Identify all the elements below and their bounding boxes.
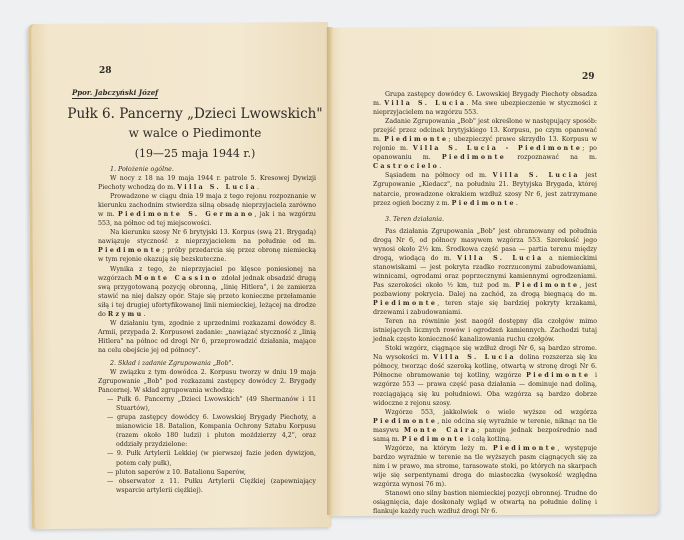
paragraph: Wynika z tego, że nieprzyjaciel po klęsc… <box>98 265 316 319</box>
right-page-body: Grupa zastępcy dowódcy 6. Lwowskiej Bryg… <box>373 90 597 516</box>
page-number-right: 29 <box>582 72 595 82</box>
list-item: — pluton saperów z 10. Batalionu Saperów… <box>98 468 316 477</box>
section-heading-1: 1. Położenie ogólne. <box>98 165 316 174</box>
paragraph: Teren na równinie jest naogół dostępny d… <box>373 317 597 344</box>
book-gutter <box>327 27 333 515</box>
paragraph: Pas działania Zgrupowania „Bob" jest obr… <box>373 227 597 317</box>
list-item: — Pułk 6. Pancerny „Dzieci Lwowskich" (4… <box>98 395 316 413</box>
section-heading-3: 3. Teren działania. <box>373 215 597 224</box>
paragraph: Zadanie Zgrupowania „Bob" jest określone… <box>373 117 597 171</box>
article-title: Pułk 6. Pancerny „Dzieci Lwowskich" w wa… <box>60 104 330 165</box>
left-page-body: 1. Położenie ogólne. W nocy z 18 na 19 m… <box>98 165 316 495</box>
title-line-1: Pułk 6. Pancerny „Dzieci Lwowskich" <box>60 104 330 124</box>
paragraph: Stoki wzgórz, ciągnące się wzdłuż drogi … <box>373 344 597 407</box>
paragraph: Prowadzone w ciągu dnia 19 maja z tego r… <box>98 192 316 228</box>
list-item: — grupa zastępcy dowódcy 6. Lwowskiej Br… <box>98 413 316 449</box>
author-byline: Ppor. Jabczyński Józef <box>72 88 158 99</box>
paragraph: W nocy z 18 na 19 maja 1944 r. patrole 5… <box>98 174 316 192</box>
paragraph: Wzgórze 553, jakkolwiek o wiele wyższe o… <box>373 408 597 444</box>
paragraph: W działaniu tym, zgodnie z uprzednimi ro… <box>98 319 316 355</box>
list-item: — obserwator z 11. Pułku Artylerii Ciężk… <box>98 477 316 495</box>
paragraph: Stanowi ono silny bastion niemieckiej po… <box>373 489 597 516</box>
title-line-3: (19—25 maja 1944 r.) <box>60 143 330 165</box>
paragraph: W związku z tym dowódca 2. Korpusu tworz… <box>98 368 316 395</box>
paragraph: Grupa zastępcy dowódcy 6. Lwowskiej Bryg… <box>373 90 597 117</box>
paragraph: Sąsiadem na północy od m. Villa S. Lucia… <box>373 171 597 207</box>
title-line-2: w walce o Piedimonte <box>60 124 330 143</box>
paragraph: Wzgórze, na którym leży m. Piedimonte, w… <box>373 444 597 489</box>
paragraph: Na kierunku szosy Nr 6 brytyjski 13. Kor… <box>98 228 316 264</box>
list-item: — 9. Pułk Artylerii Lekkiej (w pierwszej… <box>98 449 316 467</box>
section-heading-2: 2. Skład i zadanie Zgrupowania „Bob". <box>98 359 316 368</box>
page-number-left: 28 <box>99 66 112 76</box>
